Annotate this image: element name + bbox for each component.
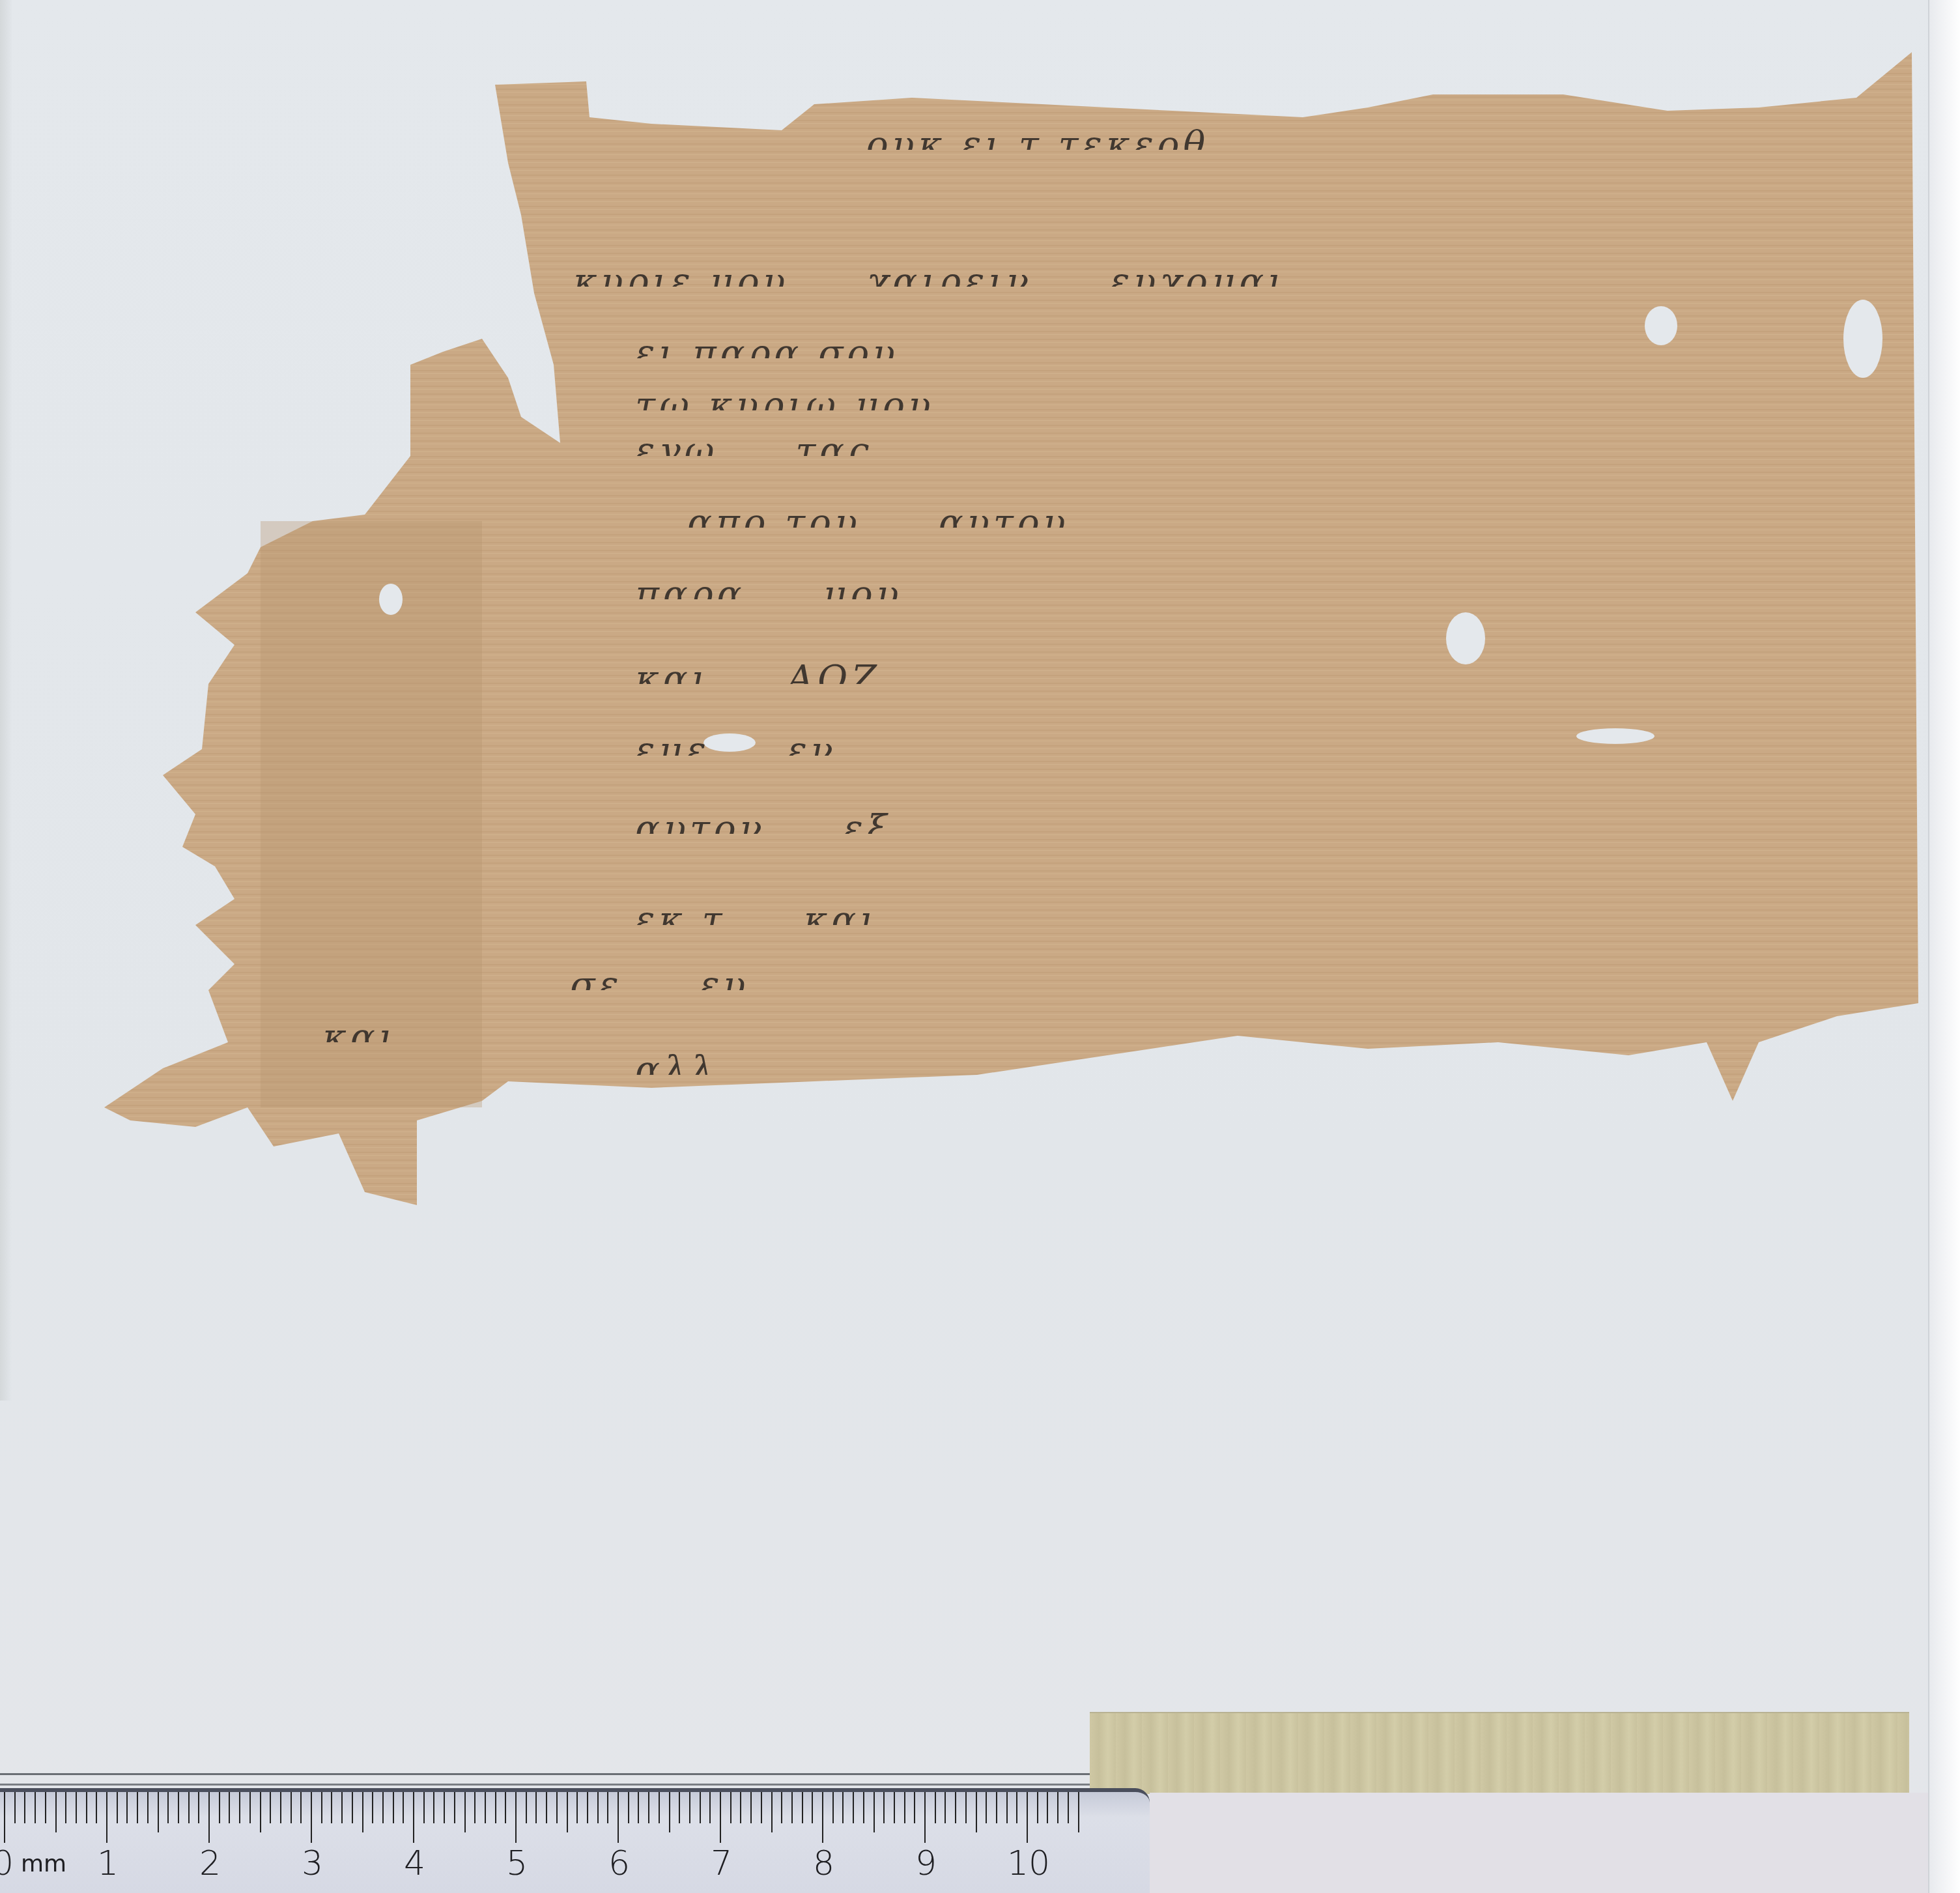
- ruler-tick: [863, 1792, 864, 1823]
- ruler-tick: [311, 1792, 312, 1843]
- ruler-tick: [147, 1792, 149, 1823]
- glass-edge-line-2: [0, 1784, 1090, 1786]
- ruler-tick: [260, 1792, 261, 1832]
- ruler-tick: [280, 1792, 281, 1823]
- ruler-tick: [96, 1792, 97, 1823]
- ruler-tick: [239, 1792, 240, 1823]
- ruler-tick: [1057, 1792, 1058, 1823]
- ruler-tick: [740, 1792, 741, 1823]
- text-line-11: ... εκ τ ... και ...: [573, 899, 1909, 925]
- ruler-unit-label: mm: [21, 1851, 66, 1877]
- text-line-13: ... και ...: [261, 1016, 717, 1042]
- ruler-tick: [597, 1792, 599, 1823]
- ruler-tick: [393, 1792, 394, 1823]
- ruler-tick: [894, 1792, 895, 1823]
- ruler-tick: [935, 1792, 936, 1823]
- ruler-label: 2: [199, 1844, 221, 1883]
- ruler-tick: [515, 1792, 517, 1843]
- ruler-tick: [454, 1792, 455, 1823]
- ruler-tick: [1006, 1792, 1008, 1823]
- ruler-tick: [1037, 1792, 1038, 1823]
- ruler-tick: [474, 1792, 476, 1823]
- ruler-tick: [167, 1792, 169, 1823]
- text-line-7: ... παρα ... μου ...: [573, 573, 1909, 599]
- ruler-label: 6: [608, 1844, 630, 1883]
- ruler-tick: [750, 1792, 752, 1823]
- ruler-tick: [1027, 1792, 1028, 1843]
- ruler-tick: [1078, 1792, 1079, 1832]
- ruler-tick: [679, 1792, 680, 1823]
- text-line-5: ... εγω ... τας ...: [573, 430, 1909, 456]
- ruler-tick: [791, 1792, 793, 1823]
- glass-edge-line: [0, 1773, 1090, 1775]
- ruler-label: 7: [711, 1844, 732, 1883]
- ruler-tick: [812, 1792, 813, 1823]
- ruler-tick: [924, 1792, 926, 1843]
- ruler-tick: [55, 1792, 57, 1832]
- ruler-tick: [1068, 1792, 1069, 1823]
- text-line-9: ... εμε ... εν ...: [573, 730, 1909, 756]
- ruler-tick: [4, 1792, 5, 1843]
- ruler-tick: [535, 1792, 537, 1823]
- ruler-tick: [76, 1792, 77, 1823]
- ruler-tick: [556, 1792, 558, 1823]
- ruler-label: 4: [404, 1844, 425, 1883]
- ruler-tick: [638, 1792, 639, 1823]
- ruler-tick: [689, 1792, 690, 1823]
- ruler-tick: [249, 1792, 251, 1823]
- text-line-12: ... σε ... ευ ...: [508, 964, 1909, 990]
- ruler-tick: [873, 1792, 875, 1832]
- ruler-tick: [567, 1792, 568, 1832]
- ruler-tick: [188, 1792, 190, 1823]
- ruler-tick: [341, 1792, 343, 1823]
- ruler-tick: [495, 1792, 496, 1823]
- ruler-tick: [546, 1792, 547, 1823]
- ruler-tick: [976, 1792, 977, 1832]
- ruler-tick: [178, 1792, 179, 1823]
- ruler-tick: [996, 1792, 997, 1823]
- lower-background-band: [1150, 1793, 1928, 1893]
- ruler-tick: [822, 1792, 823, 1843]
- ruler-tick: [1047, 1792, 1048, 1823]
- ruler-tick: [720, 1792, 721, 1843]
- ruler-tick: [208, 1792, 210, 1843]
- text-line-4: ... τω κυριω μου ...: [573, 384, 1909, 410]
- ruler-tick: [372, 1792, 373, 1823]
- ruler-tick: [464, 1792, 466, 1832]
- ruler-label: 3: [302, 1844, 323, 1883]
- ruler-tick: [229, 1792, 230, 1823]
- ruler-tick: [914, 1792, 915, 1823]
- ruler-tick: [883, 1792, 885, 1823]
- ruler-tick: [198, 1792, 199, 1823]
- ruler-tick: [955, 1792, 956, 1823]
- ruler-label: 9: [915, 1844, 937, 1883]
- ruler-tick: [802, 1792, 803, 1823]
- text-line-6: ... απο του ... αυτου ...: [625, 502, 1909, 528]
- text-line-8: ... και ... ΑΟΖ ...: [573, 658, 1909, 684]
- ruler-tick: [270, 1792, 271, 1823]
- ruler-tick: [117, 1792, 118, 1823]
- papyrus-fragment: ουκ ει τ τεκεοθ κυριε μου ... χαιρειν ..…: [0, 0, 1960, 1238]
- masking-tape-strip: [1090, 1712, 1909, 1794]
- ruler-tick: [944, 1792, 946, 1823]
- ruler-tick: [842, 1792, 844, 1823]
- ruler-tick: [832, 1792, 834, 1823]
- ruler-tick: [904, 1792, 905, 1823]
- scale-ruler: mm 012345678910: [0, 1788, 1150, 1893]
- text-line-2: κυριε μου ... χαιρειν ... ευχομαι: [573, 261, 1909, 287]
- ruler-label: 10: [1007, 1844, 1050, 1883]
- ruler-tick: [137, 1792, 138, 1823]
- text-line-3: ... ει παρα σου ...: [573, 332, 1909, 358]
- ruler-tick: [106, 1792, 107, 1843]
- ruler-tick: [14, 1792, 16, 1823]
- ruler-tick: [669, 1792, 670, 1832]
- ruler-tick: [403, 1792, 404, 1823]
- ruler-tick: [505, 1792, 506, 1823]
- ruler-tick: [321, 1792, 322, 1823]
- ruler-tick: [526, 1792, 527, 1823]
- ruler-tick: [331, 1792, 332, 1823]
- ruler-tick: [352, 1792, 353, 1823]
- ruler-tick: [300, 1792, 302, 1823]
- ruler-tick: [1016, 1792, 1017, 1823]
- ruler-label: 1: [97, 1844, 119, 1883]
- ruler-tick: [761, 1792, 762, 1823]
- ruler-tick: [413, 1792, 414, 1843]
- ruler-tick: [628, 1792, 629, 1823]
- ruler-tick: [485, 1792, 486, 1823]
- ruler-tick: [86, 1792, 87, 1823]
- text-line-1: ουκ ει τ τεκεοθ: [866, 124, 1453, 150]
- ruler-tick: [965, 1792, 967, 1823]
- ruler-tick: [648, 1792, 649, 1823]
- ruler-tick: [362, 1792, 363, 1832]
- ruler-tick: [291, 1792, 292, 1823]
- ruler-tick: [158, 1792, 159, 1832]
- ruler-tick: [709, 1792, 711, 1823]
- ruler-tick: [659, 1792, 660, 1823]
- ruler-tick: [771, 1792, 773, 1832]
- ruler-tick: [24, 1792, 25, 1823]
- ruler-label: 0: [0, 1844, 14, 1883]
- ruler-tick: [576, 1792, 578, 1823]
- ruler-tick: [781, 1792, 782, 1823]
- ruler-tick: [853, 1792, 854, 1823]
- text-line-10: ... αυτον ... εξ ...: [573, 808, 1909, 834]
- ruler-tick: [433, 1792, 434, 1823]
- ruler-tick: [587, 1792, 588, 1823]
- ruler-tick: [65, 1792, 66, 1823]
- ruler-tick: [219, 1792, 220, 1823]
- papyrus-shape: [0, 0, 1960, 1238]
- ruler-tick: [730, 1792, 731, 1823]
- ruler-tick: [444, 1792, 445, 1823]
- ruler-tick: [382, 1792, 384, 1823]
- text-line-14: ... αλλ ...: [573, 1049, 899, 1075]
- ruler-label: 8: [813, 1844, 834, 1883]
- ruler-tick: [700, 1792, 701, 1823]
- ruler-tick: [35, 1792, 36, 1823]
- ruler-tick: [618, 1792, 619, 1843]
- ruler-tick: [607, 1792, 608, 1823]
- ruler-tick: [986, 1792, 987, 1823]
- ruler-tick: [45, 1792, 46, 1823]
- ruler-label: 5: [506, 1844, 528, 1883]
- ruler-tick: [423, 1792, 425, 1823]
- glass-right-edge: [1928, 0, 1960, 1893]
- ruler-tick: [126, 1792, 128, 1823]
